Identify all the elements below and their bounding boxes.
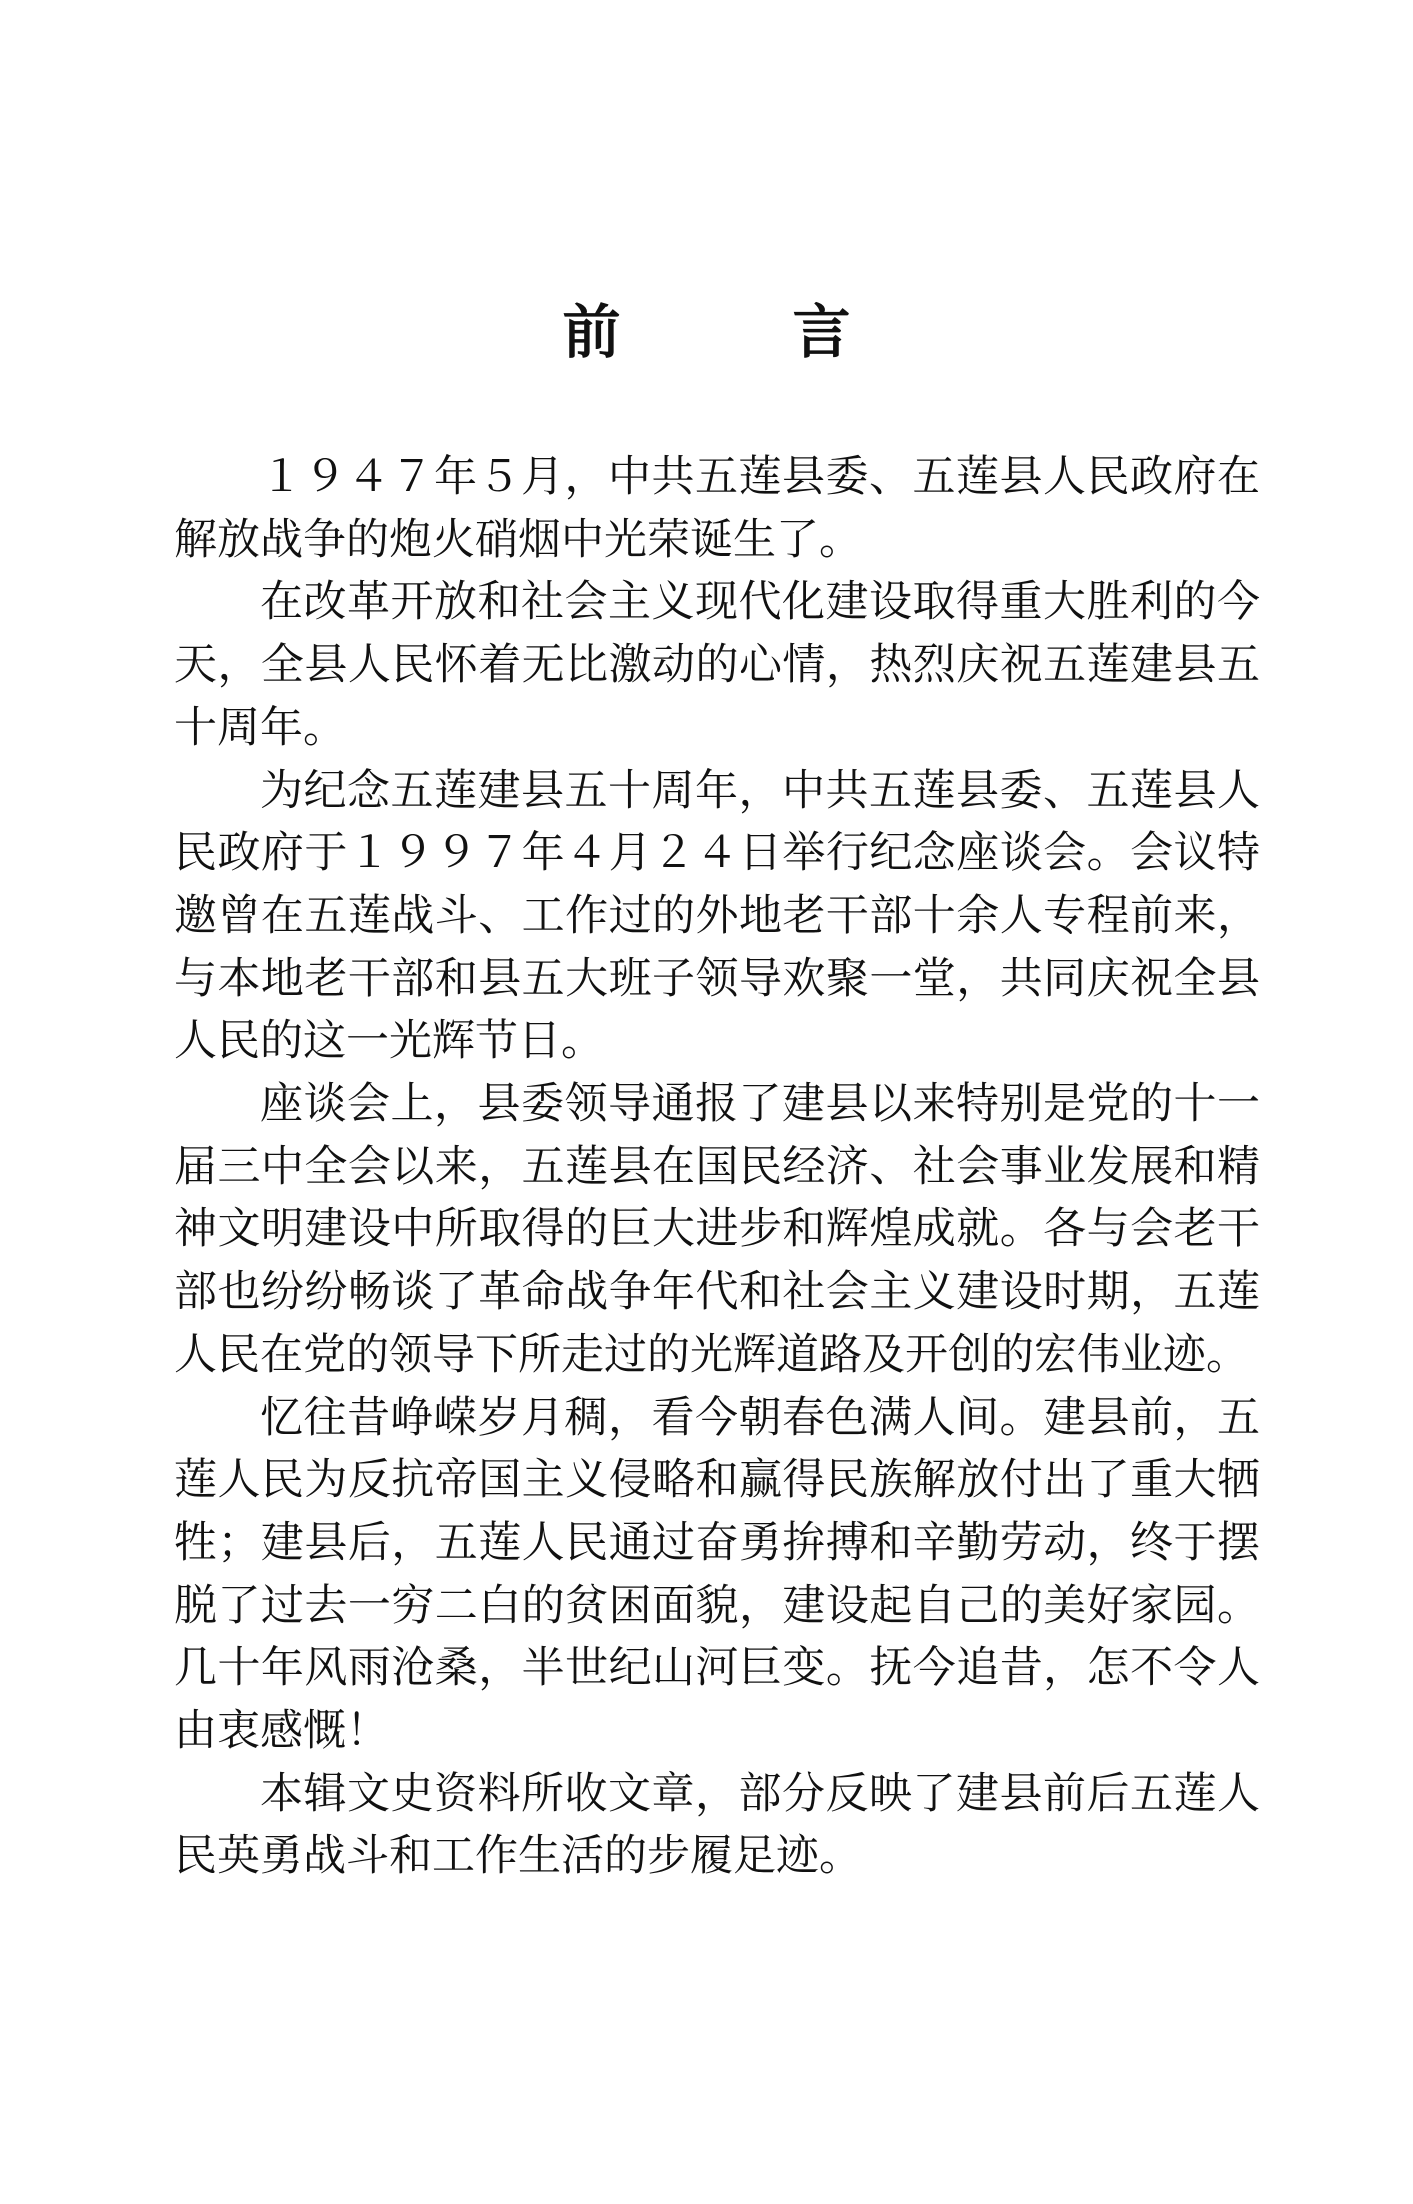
document-page: 前言 １９４７年５月，中共五莲县委、五莲县人民政府在解放战争的炮火硝烟中光荣诞生… <box>0 0 1413 2204</box>
paragraph-1: １９４７年５月，中共五莲县委、五莲县人民政府在解放战争的炮火硝烟中光荣诞生了。 <box>174 446 1260 571</box>
title-char-2: 言 <box>793 292 851 372</box>
paragraph-5: 忆往昔峥嵘岁月稠，看今朝春色满人间。建县前，五莲人民为反抗帝国主义侵略和赢得民族… <box>174 1387 1260 1763</box>
paragraph-4: 座谈会上，县委领导通报了建县以来特别是党的十一届三中全会以来，五莲县在国民经济、… <box>174 1073 1260 1387</box>
paragraph-2: 在改革开放和社会主义现代化建设取得重大胜利的今天，全县人民怀着无比激动的心情，热… <box>174 571 1260 759</box>
preface-body: １９４７年５月，中共五莲县委、五莲县人民政府在解放战争的炮火硝烟中光荣诞生了。 … <box>174 446 1260 1888</box>
title-char-1: 前 <box>563 292 621 372</box>
paragraph-3: 为纪念五莲建县五十周年，中共五莲县委、五莲县人民政府于１９９７年４月２４日举行纪… <box>174 760 1260 1074</box>
page-title: 前言 <box>0 292 1413 372</box>
paragraph-6: 本辑文史资料所收文章，部分反映了建县前后五莲人民英勇战斗和工作生活的步履足迹。 <box>174 1763 1260 1888</box>
